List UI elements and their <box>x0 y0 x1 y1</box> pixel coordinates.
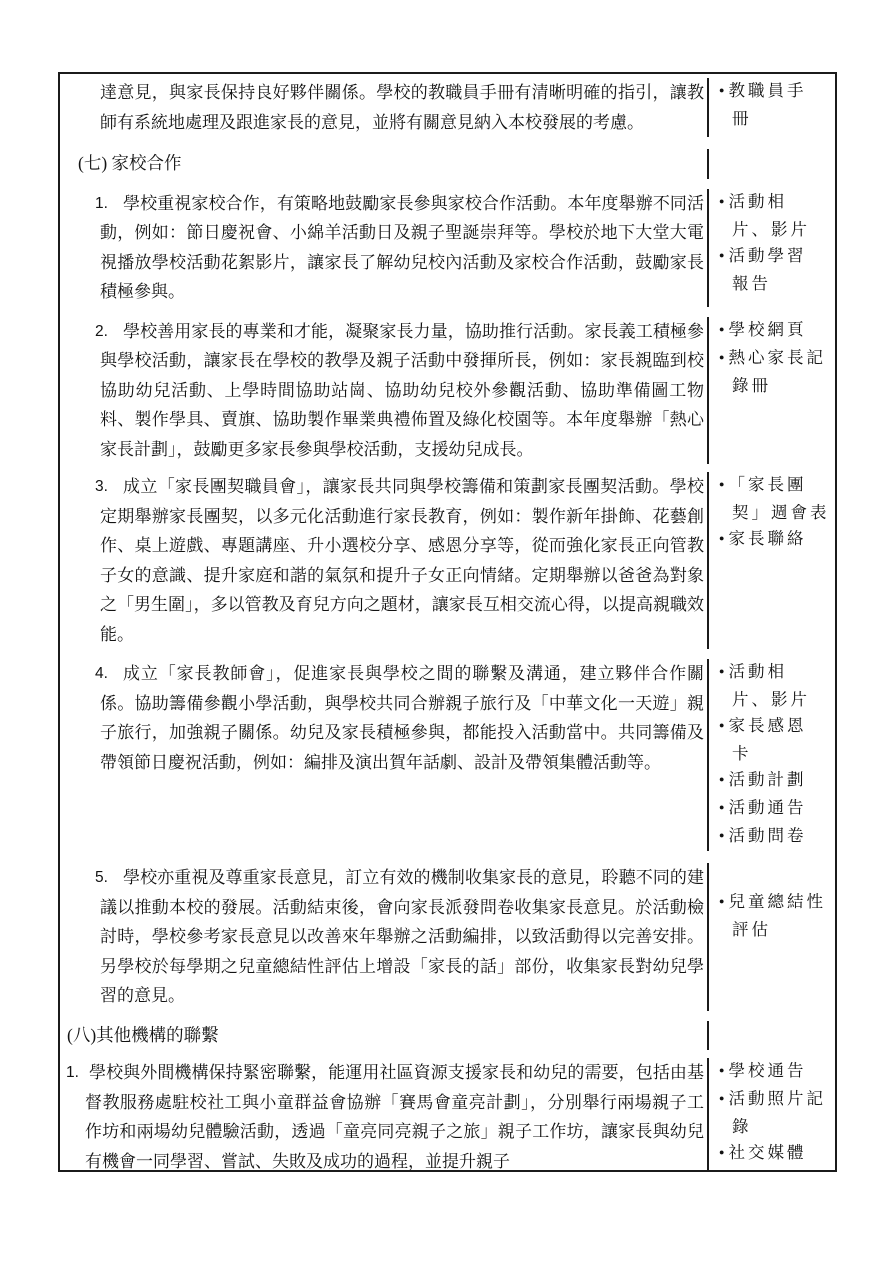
body-text-cell: 2. 學校善用家長的專業和才能，凝聚家長力量，協助推行活動。家長義工積極參與學校… <box>60 317 707 465</box>
reference-list: 活動相 片、影片家長感恩 卡活動計劃活動通告活動問卷 <box>719 659 833 851</box>
evidence-cell: 學校通告活動照片記 錄社交媒體 <box>707 1058 835 1172</box>
table-row: (八)其他機構的聯繫 <box>60 1021 835 1051</box>
table-row: 3. 成立「家長團契職員會」，讓家長共同與學校籌備和策劃家長團契活動。學校定期舉… <box>60 472 835 649</box>
reference-item: 活動通告 <box>719 795 833 823</box>
body-text-cell: 5. 學校亦重視及尊重家長意見，訂立有效的機制收集家長的意見，聆聽不同的建議以推… <box>60 863 707 1011</box>
numbered-item: 5. 學校亦重視及尊重家長意見，訂立有效的機制收集家長的意見，聆聽不同的建議以推… <box>60 863 704 1011</box>
reference-item: 活動相 片、影片 <box>719 659 833 713</box>
table-row: (七) 家校合作 <box>60 149 835 179</box>
reference-item: 活動學習 報告 <box>719 243 833 297</box>
item-text: 成立「家長團契職員會」，讓家長共同與學校籌備和策劃家長團契活動。學校定期舉辦家長… <box>100 472 704 649</box>
item-text: 成立「家長教師會」，促進家長與學校之間的聯繫及溝通，建立夥伴合作關係。協助籌備參… <box>100 659 704 777</box>
numbered-item: 3. 成立「家長團契職員會」，讓家長共同與學校籌備和策劃家長團契活動。學校定期舉… <box>60 472 704 649</box>
evidence-cell: 兒童總結性 評估 <box>707 863 835 1011</box>
reference-item: 活動相 片、影片 <box>719 189 833 243</box>
evidence-cell <box>707 1021 835 1051</box>
body-text-cell: 4. 成立「家長教師會」，促進家長與學校之間的聯繫及溝通，建立夥伴合作關係。協助… <box>60 659 707 851</box>
reference-list: 學校網頁熱心家長記 錄冊 <box>719 317 833 399</box>
body-text-cell: 3. 成立「家長團契職員會」，讓家長共同與學校籌備和策劃家長團契活動。學校定期舉… <box>60 472 707 649</box>
evidence-cell: 活動相 片、影片家長感恩 卡活動計劃活動通告活動問卷 <box>707 659 835 851</box>
reference-item: 活動計劃 <box>719 767 833 795</box>
reference-item: 兒童總結性 評估 <box>719 889 833 943</box>
reference-list: 兒童總結性 評估 <box>719 863 833 943</box>
reference-item: 「家長團 契」週會表 <box>719 472 833 526</box>
table-row: 1. 學校重視家校合作，有策略地鼓勵家長參與家校合作活動。本年度舉辦不同活動，例… <box>60 189 835 307</box>
reference-item: 家長感恩 卡 <box>719 713 833 767</box>
table-row: 2. 學校善用家長的專業和才能，凝聚家長力量，協助推行活動。家長義工積極參與學校… <box>60 317 835 465</box>
evidence-cell <box>707 149 835 179</box>
evidence-cell: 活動相 片、影片活動學習 報告 <box>707 189 835 307</box>
reference-item: 熱心家長記 錄冊 <box>719 345 833 399</box>
item-text: 學校與外間機構保持緊密聯繫，能運用社區資源支援家長和幼兒的需要，包括由基督教服務… <box>85 1058 704 1172</box>
body-text-cell: (七) 家校合作 <box>60 149 707 179</box>
table-row: 4. 成立「家長教師會」，促進家長與學校之間的聯繫及溝通，建立夥伴合作關係。協助… <box>60 659 835 851</box>
reference-item: 社交媒體 <box>719 1140 833 1168</box>
reference-list: 教職員手 冊 <box>719 78 833 132</box>
numbered-item: 1. 學校與外間機構保持緊密聯繫，能運用社區資源支援家長和幼兒的需要，包括由基督… <box>60 1058 704 1172</box>
evidence-cell: 教職員手 冊 <box>707 78 835 137</box>
body-text-cell: (八)其他機構的聯繫 <box>60 1021 707 1051</box>
item-number: 1. <box>66 1058 79 1088</box>
reference-list: 活動相 片、影片活動學習 報告 <box>719 189 833 297</box>
item-number: 5. <box>95 863 108 893</box>
item-number: 4. <box>95 659 108 689</box>
reference-item: 家長聯絡 <box>719 526 833 554</box>
report-table: 達意見，與家長保持良好夥伴關係。學校的教職員手冊有清晰明確的指引，讓教師有系統地… <box>58 72 837 1172</box>
reference-item: 教職員手 冊 <box>719 78 833 132</box>
numbered-item: 1. 學校重視家校合作，有策略地鼓勵家長參與家校合作活動。本年度舉辦不同活動，例… <box>60 189 704 307</box>
reference-item: 學校網頁 <box>719 317 833 345</box>
reference-list: 學校通告活動照片記 錄社交媒體 <box>719 1058 833 1168</box>
table-row: 5. 學校亦重視及尊重家長意見，訂立有效的機制收集家長的意見，聆聽不同的建議以推… <box>60 863 835 1011</box>
scanned-document-page: 達意見，與家長保持良好夥伴關係。學校的教職員手冊有清晰明確的指引，讓教師有系統地… <box>0 0 893 1263</box>
item-number: 2. <box>95 317 108 347</box>
section-heading: (七) 家校合作 <box>78 149 704 179</box>
item-text: 學校善用家長的專業和才能，凝聚家長力量，協助推行活動。家長義工積極參與學校活動，… <box>100 317 704 465</box>
body-text-cell: 1. 學校重視家校合作，有策略地鼓勵家長參與家校合作活動。本年度舉辦不同活動，例… <box>60 189 707 307</box>
item-number: 1. <box>95 189 108 219</box>
evidence-cell: 學校網頁熱心家長記 錄冊 <box>707 317 835 465</box>
numbered-item: 2. 學校善用家長的專業和才能，凝聚家長力量，協助推行活動。家長義工積極參與學校… <box>60 317 704 465</box>
reference-list: 「家長團 契」週會表家長聯絡 <box>719 472 833 554</box>
paragraph-continuation: 達意見，與家長保持良好夥伴關係。學校的教職員手冊有清晰明確的指引，讓教師有系統地… <box>100 78 704 137</box>
item-number: 3. <box>95 472 108 502</box>
reference-item: 活動照片記 錄 <box>719 1086 833 1140</box>
body-text-cell: 1. 學校與外間機構保持緊密聯繫，能運用社區資源支援家長和幼兒的需要，包括由基督… <box>60 1058 707 1172</box>
section-heading: (八)其他機構的聯繫 <box>67 1021 704 1051</box>
item-text: 學校亦重視及尊重家長意見，訂立有效的機制收集家長的意見，聆聽不同的建議以推動本校… <box>100 863 704 1011</box>
reference-item: 學校通告 <box>719 1058 833 1086</box>
item-text: 學校重視家校合作，有策略地鼓勵家長參與家校合作活動。本年度舉辦不同活動，例如：節… <box>100 189 704 307</box>
evidence-cell: 「家長團 契」週會表家長聯絡 <box>707 472 835 649</box>
table-row: 1. 學校與外間機構保持緊密聯繫，能運用社區資源支援家長和幼兒的需要，包括由基督… <box>60 1058 835 1172</box>
body-text-cell: 達意見，與家長保持良好夥伴關係。學校的教職員手冊有清晰明確的指引，讓教師有系統地… <box>60 78 707 137</box>
table-row: 達意見，與家長保持良好夥伴關係。學校的教職員手冊有清晰明確的指引，讓教師有系統地… <box>60 78 835 137</box>
numbered-item: 4. 成立「家長教師會」，促進家長與學校之間的聯繫及溝通，建立夥伴合作關係。協助… <box>60 659 704 777</box>
reference-item: 活動問卷 <box>719 823 833 851</box>
